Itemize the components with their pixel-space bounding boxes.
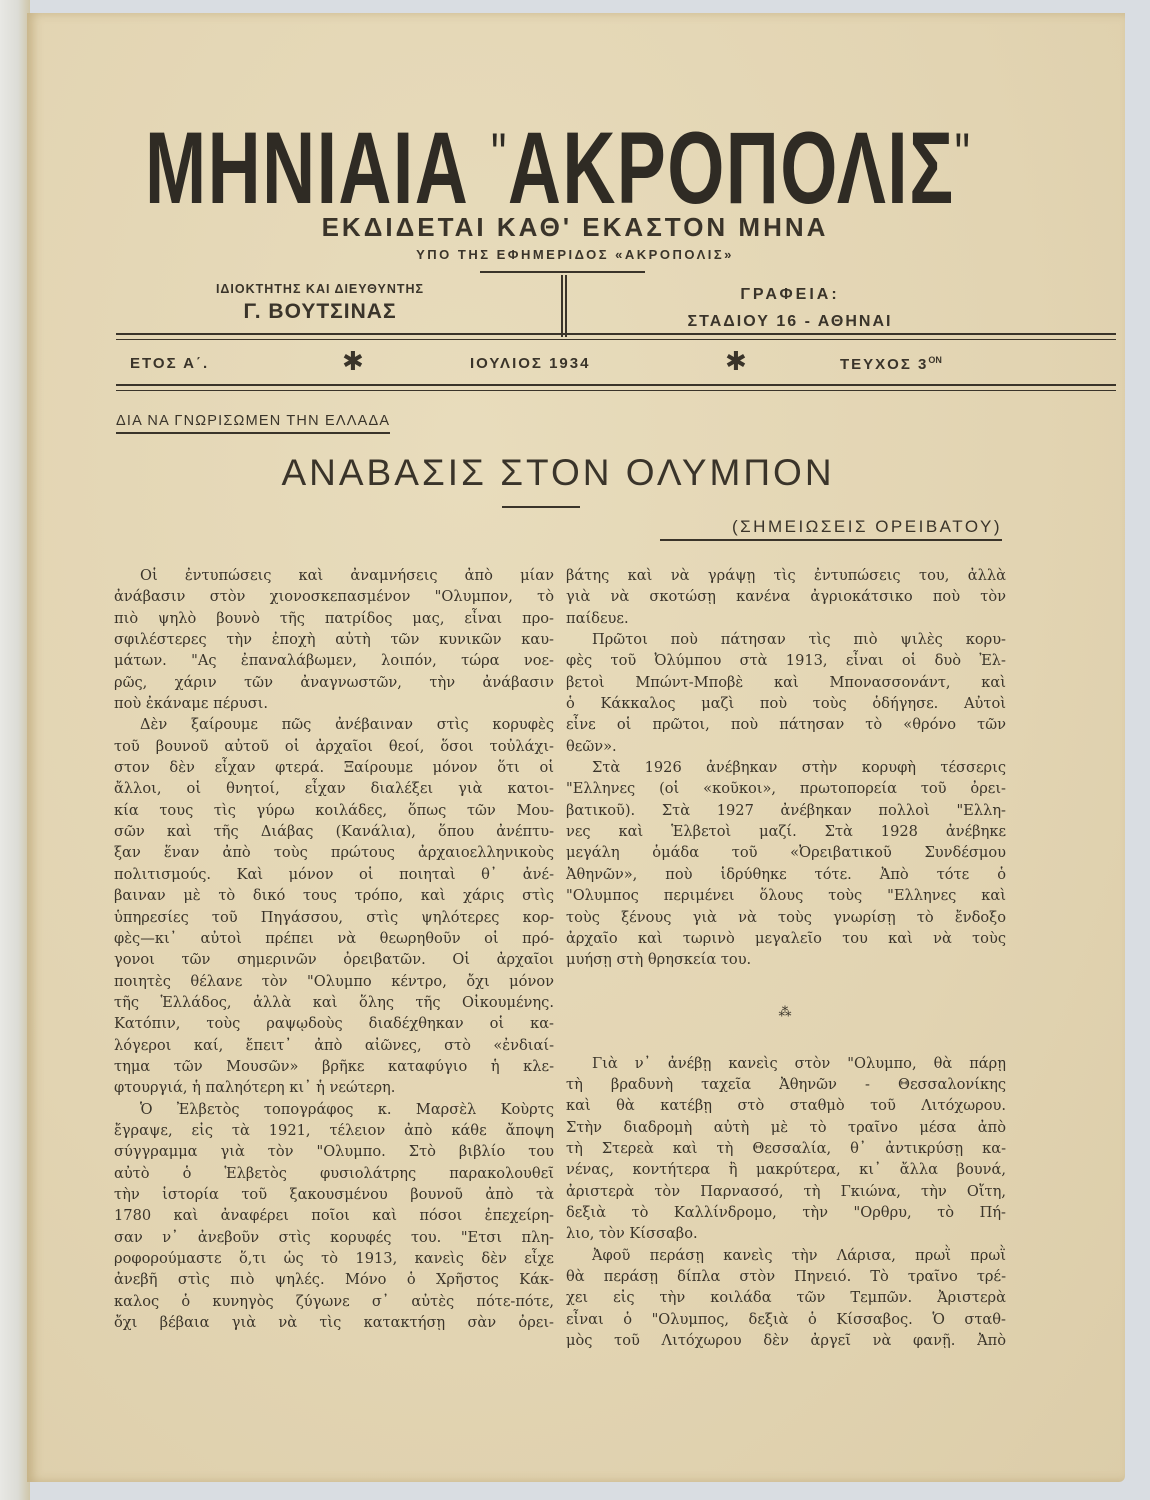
right-column: βάτης καὶ νὰ γράψῃ τὶς ἐντυπώσεις του, ἀ…: [566, 565, 1006, 1351]
text-line: Δὲν ξαίρουμε πῶς ἀνέβαιναν στὶς κορυφὲς: [114, 714, 554, 735]
text-line: τοὺς ξένους γιὰ νὰ τοὺς γνωρίσῃ τὸ ἔνδοξ…: [566, 907, 1006, 928]
text-line: πολιτισμούς. Καὶ μόνον οἱ ποιηταὶ θ᾽ ἀνέ…: [114, 864, 554, 885]
text-line: ἀνάβασιν στὸν χιονοσκεπασμένον "Ολυμπον,…: [114, 586, 554, 607]
masthead-subtitle: ΕΚΔΙΔΕΤΑΙ ΚΑΘ' ΕΚΑΣΤΟΝ ΜΗΝΑ: [0, 212, 1150, 243]
text-line: ξαν ἕναν ἀπὸ τοὺς πρώτους ἀρχαιοελληνικο…: [114, 842, 554, 863]
text-line: σφιλέστερες τὴν ἐποχὴ αὐτὴ τῶν κυνικῶν κ…: [114, 629, 554, 650]
text-line: βατικοῦ). Στὰ 1927 ἀνέβηκαν πολλοὶ "Ελλη…: [566, 800, 1006, 821]
text-line: τημα τῶν Μουσῶν» βρῆκε καταφύγιο ἡ κλε-: [114, 1056, 554, 1077]
text-line: στον δὲν εἶχαν φτερά. Ξαίρουμε μόνον ὅτι…: [114, 757, 554, 778]
text-line: Πρῶτοι ποὺ πάτησαν τὶς πιὸ ψιλὲς κορυ-: [566, 629, 1006, 650]
masthead-title: ΜΗΝΙΑΙΑ "ΑΚΡΟΠΟΛΙΣ": [145, 105, 753, 205]
text-line: ρῶς, χάριν τῶν ἀναγνωστῶν, τὴν ἀνάβασιν: [114, 672, 554, 693]
text-line: τῆς Ἑλλάδος, ἀλλὰ καὶ ὅλης τῆς Οἰκουμένη…: [114, 992, 554, 1013]
text-line: Γιὰ ν᾽ ἀνέβῃ κανεὶς στὸν "Ολυμπο, θὰ πάρ…: [566, 1053, 1006, 1074]
text-line: θὰ περάσῃ δίπλα στὸν Πηνειό. Τὸ τραῖνο τ…: [566, 1266, 1006, 1287]
asterisk-ornament-icon: ✱: [725, 347, 747, 377]
text-line: Ἀφοῦ περάσῃ κανεὶς τὴν Λάρισα, πρωῒ πρωῒ: [566, 1245, 1006, 1266]
text-line: νες καὶ Ἑλβετοὶ μαζί. Στὰ 1928 ἀνέβηκε: [566, 821, 1006, 842]
text-line: κία τους τὶς γύρω κοιλάδες, ὅπως τῶν Μου…: [114, 800, 554, 821]
text-line: μὸς τοῦ Λιτόχωρου δὲν ἀργεῖ νὰ φανῇ. Ἀπὸ: [566, 1330, 1006, 1351]
text-line: ποὺ ἐκάναμε πέρυσι.: [114, 693, 554, 714]
owner-label: ΙΔΙΟΚΤΗΤΗΣ ΚΑΙ ΔΙΕΥΘΥΝΤΗΣ: [160, 282, 480, 296]
text-line: ἀρχαῖο καὶ τωρινὸ μεγαλεῖο του καὶ νὰ το…: [566, 928, 1006, 949]
text-line: βάτης καὶ νὰ γράψῃ τὶς ἐντυπώσεις του, ἀ…: [566, 565, 1006, 586]
text-line: σαν ν᾽ ἀνεβοῦν στὶς κορυφές του. "Ετσι π…: [114, 1227, 554, 1248]
text-line: φὲς—κι᾽ αὐτοὶ πρέπει νὰ θεωρηθοῦν οἱ πρό…: [114, 928, 554, 949]
text-line: σῶν καὶ τῆς Διάβας (Κανάλια), ὅπου ἀνέπτ…: [114, 821, 554, 842]
masthead-quote-open: ": [491, 121, 508, 188]
text-line: Στὰ 1926 ἀνέβηκαν στὴν κορυφὴ τέσσερις: [566, 757, 1006, 778]
text-line: λιο, τὸν Κίσσαβο.: [566, 1223, 1006, 1244]
text-line: "Ελληνες (οἱ «κοῦκοι», πρωτοπορεία τοῦ ὀ…: [566, 778, 1006, 799]
text-line: τὴν ἱστορία τοῦ ξακουσμένου βουνοῦ ἀπὸ τ…: [114, 1184, 554, 1205]
text-line: νένας, κοντήτερα ἢ μακρύτερα, κι᾽ ἄλλα β…: [566, 1159, 1006, 1180]
asterism-ornament-icon: ⁂: [566, 1002, 1006, 1022]
text-line: γονοι τῶν σημερινῶν ὀρειβατῶν. Οἱ ἀρχαῖο…: [114, 949, 554, 970]
header-double-rule-top: [116, 333, 1116, 340]
header-vertical-divider: [561, 275, 567, 337]
text-line: φτουργιά, ἡ παληότερη κι᾽ ἡ νεώτερη.: [114, 1077, 554, 1098]
text-line: ὄχι βέβαια γιὰ νὰ τὶς κατακτήσῃ σὰν ὀρει…: [114, 1312, 554, 1333]
text-line: καλος ὁ κυνηγὸς ζύγωνε σ᾽ αὐτὲς πότε-πότ…: [114, 1291, 554, 1312]
text-line: ἀριστερὰ τὸν Παρνασσό, τὴ Γκιώνα, τὴν Οἴ…: [566, 1181, 1006, 1202]
masthead-word-2: ΑΚΡΟΠΟΛΙΣ: [508, 111, 955, 225]
header-short-rule: [480, 271, 645, 273]
text-line: βαιναν μὲ τὸ δικό τους τρόπο, καὶ χάρις …: [114, 885, 554, 906]
text-line: ἀνεβῆ στὶς πιὸ ψηλές. Μόνο ὁ Χρῆστος Κάκ…: [114, 1269, 554, 1290]
left-column: Οἱ ἐντυπώσεις καὶ ἀναμνήσεις ἀπὸ μίανἀνά…: [114, 565, 554, 1333]
text-line: τὴ Στερεὰ καὶ τὴ Θεσσαλία, θ᾽ ἀντικρύσῃ …: [566, 1138, 1006, 1159]
text-line: ὁ Κάκκαλος μαζὶ ποὺ τοὺς ὁδήγησε. Αὐτοὶ: [566, 693, 1006, 714]
text-line: Οἱ ἐντυπώσεις καὶ ἀναμνήσεις ἀπὸ μίαν: [114, 565, 554, 586]
section-label: ΔΙΑ ΝΑ ΓΝΩΡΙΣΩΜΕΝ ΤΗΝ ΕΛΛΑΔΑ: [116, 413, 390, 434]
asterisk-ornament-icon: ✱: [342, 347, 364, 377]
issue-number-label: ΤΕΥΧΟΣ 3: [840, 356, 928, 373]
text-line: μυήσῃ στὴ θρησκεία του.: [566, 949, 1006, 970]
issue-number: ΤΕΥΧΟΣ 3ΟΝ: [840, 355, 942, 373]
issue-date: ΙΟΥΛΙΟΣ 1934: [470, 355, 590, 372]
text-line: τοῦ βουνοῦ αὐτοῦ οἱ ἀρχαῖοι θεοί, ὅσοι τ…: [114, 736, 554, 757]
title-rule: [502, 506, 580, 508]
text-line: ροφορούμαστε ὅ,τι ὡς τὸ 1913, κανεὶς δὲν…: [114, 1248, 554, 1269]
text-line: ποιητὲς θέλανε τὸν "Ολυμπο κέντρο, ὄχι μ…: [114, 971, 554, 992]
header-double-rule-bottom: [116, 384, 1116, 391]
text-line: μεγάλη ὁμάδα τοῦ «Ὀρειβατικοῦ Συνδέσμου: [566, 842, 1006, 863]
masthead-publisher-line: ΥΠΟ ΤΗΣ ΕΦΗΜΕΡΙΔΟΣ «ΑΚΡΟΠΟΛΙΣ»: [0, 247, 1150, 262]
masthead-word-1: ΜΗΝΙΑΙΑ: [145, 111, 469, 225]
text-line: "Ολυμπος περιμένει ὅλους τοὺς "Ελληνες κ…: [566, 885, 1006, 906]
text-line: γιὰ νὰ σκοτώσῃ κανένα ἀγριοκάτσικο ποὺ τ…: [566, 586, 1006, 607]
issue-number-suffix: ΟΝ: [928, 355, 942, 365]
text-line: λόγεροι καί, ἔπειτ᾽ ἀπὸ αἰῶνες, στὸ «ἐνδ…: [114, 1035, 554, 1056]
text-line: ἔγραψε, εἰς τὰ 1921, τέλειον ἀπὸ κάθε ἄπ…: [114, 1120, 554, 1141]
text-line: Ἀθηνῶν», ποὺ ἱδρύθηκε τότε. Ἀπὸ τότε ὁ: [566, 864, 1006, 885]
issue-year: ΕΤΟΣ Α΄.: [130, 355, 209, 372]
text-line: δεξιὰ τὸ Καλλίνδρομο, τὴν "Ορθρυ, τὸ Πή-: [566, 1202, 1006, 1223]
offices-label: ΓΡΑΦΕΙΑ:: [640, 286, 940, 304]
offices-address: ΣΤΑΔΙΟΥ 16 - ΑΘΗΝΑΙ: [640, 313, 940, 331]
article-subtitle: (ΣΗΜΕΙΩΣΕΙΣ ΟΡΕΙΒΑΤΟΥ): [660, 517, 1002, 541]
text-line: μάτων. "Ας ἐπαναλάβωμεν, λοιπόν, τώρα νο…: [114, 650, 554, 671]
text-line: Κατόπιν, τοὺς ραψῳδοὺς διαδέχθηκαν οἱ κα…: [114, 1013, 554, 1034]
masthead-quote-close: ": [955, 121, 972, 188]
text-line: παίδευε.: [566, 608, 1006, 629]
text-line: σύγγραμμα γιὰ τὸν "Ολυμπο. Στὸ βιβλίο το…: [114, 1141, 554, 1162]
text-line: βετοὶ Μπώντ-Μποβὲ καὶ Μπονασσονάντ, καὶ: [566, 672, 1006, 693]
text-line: Ὁ Ἐλβετὸς τοπογράφος κ. Μαρσὲλ Κοὺρτς: [114, 1099, 554, 1120]
text-line: εἶναι ὁ "Ολυμπος, δεξιὰ ὁ Κίσσαβος. Ὁ στ…: [566, 1309, 1006, 1330]
text-line: πιὸ ψηλὸ βουνὸ τῆς πατρίδος μας, εἶναι π…: [114, 608, 554, 629]
text-line: ἄλλοι, οἱ θνητοί, εἶχαν διαλέξει γιὰ κατ…: [114, 778, 554, 799]
text-line: ὑπηρεσίες τοῦ Πηγάσσου, στὶς ψηλότερες κ…: [114, 907, 554, 928]
text-line: αὐτὸ ὁ Ἑλβετὸς φυσιολάτρης παρακολουθεῖ: [114, 1163, 554, 1184]
text-line: θεῶν».: [566, 736, 1006, 757]
text-line: εἶνε οἱ πρῶτοι, ποὺ πάτησαν τὸ «θρόνο τῶ…: [566, 714, 1006, 735]
text-line: φὲς τοῦ Ὀλύμπου στὰ 1913, εἶναι οἱ δυὸ Ἐ…: [566, 650, 1006, 671]
text-line: χει εἰς τὴν κοιλάδα τῶν Τεμπῶν. Ἀριστερὰ: [566, 1287, 1006, 1308]
text-line: τὴ βραδυνὴ ταχεῖα Ἀθηνῶν - Θεσσαλονίκης: [566, 1074, 1006, 1095]
article-title: ΑΝΑΒΑΣΙΣ ΣΤΟΝ ΟΛΥΜΠΟΝ: [0, 452, 1116, 494]
text-line: καὶ θὰ κατέβῃ στὸ σταθμὸ τοῦ Λιτόχωρου.: [566, 1095, 1006, 1116]
text-line: 1780 καὶ ἀναφέρει ποῖοι καὶ πόσοι ἐπεχεί…: [114, 1205, 554, 1226]
text-line: Στὴν διαδρομὴ αὐτὴ μὲ τὸ τραῖνο μέσα ἀπὸ: [566, 1117, 1006, 1138]
owner-name: Γ. ΒΟΥΤΣΙΝΑΣ: [160, 300, 480, 324]
